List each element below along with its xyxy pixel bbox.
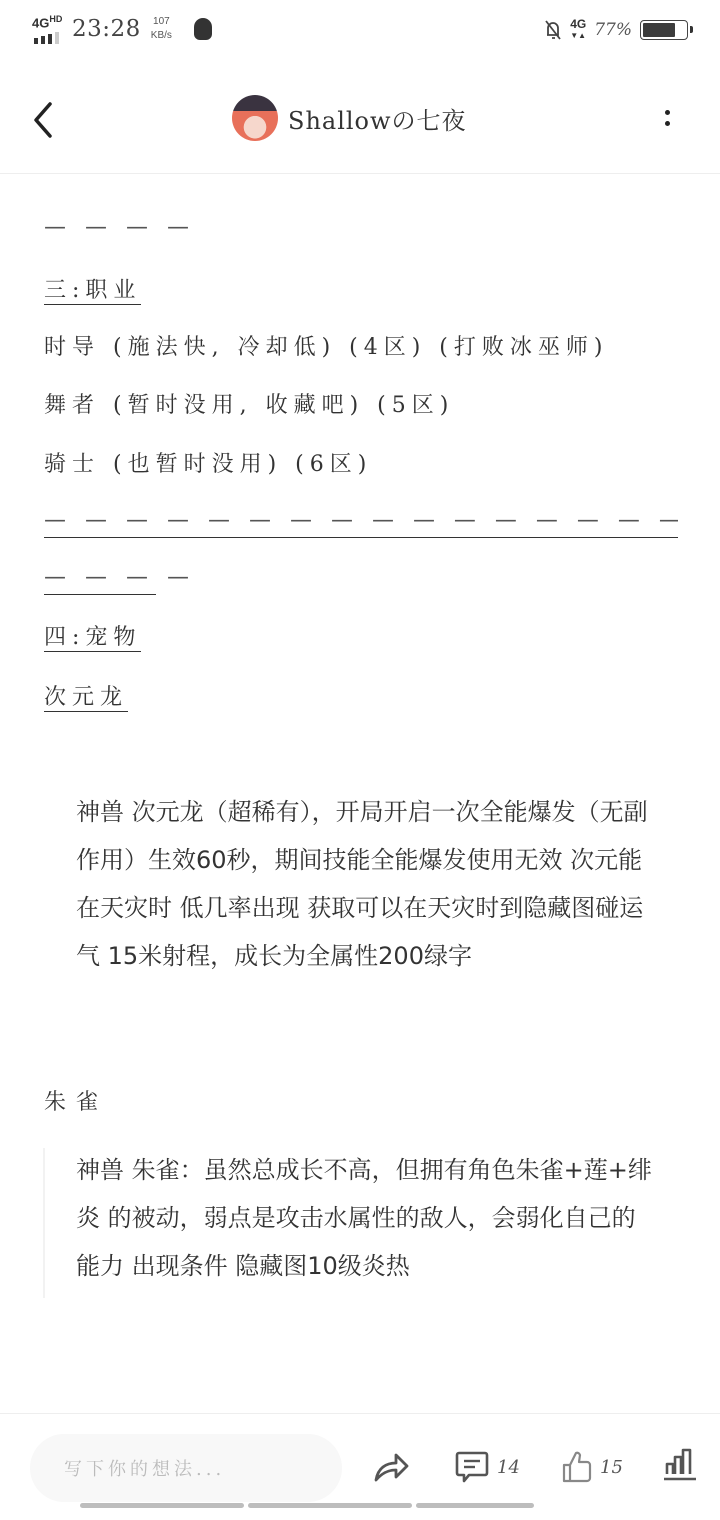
like-count: 15 — [600, 1457, 623, 1478]
section-title-pets: 四:宠物 — [44, 620, 141, 651]
job-item: 舞者 (暂时没用, 收藏吧) (5区) — [44, 388, 454, 419]
like-button[interactable]: 15 — [562, 1450, 623, 1484]
bar-chart-icon — [663, 1446, 697, 1482]
author-profile-link[interactable]: Shallowの七夜 — [232, 95, 467, 141]
comment-button[interactable]: 14 — [455, 1450, 520, 1484]
pet-name: 次元龙 — [44, 680, 128, 711]
vertical-ellipsis-icon[interactable] — [662, 106, 672, 136]
data-network-4g-icon: 4G▼▲ — [570, 18, 586, 42]
battery-percent: 77% — [594, 20, 632, 40]
job-item: 时导 (施法快, 冷却低) (4区) (打败冰巫师) — [44, 330, 608, 361]
network-speed: 107 KB/s — [151, 15, 172, 43]
divider-dashes: — — — — — [44, 565, 156, 595]
clock: 23:28 — [72, 16, 141, 42]
page-indicator — [80, 1503, 534, 1508]
comment-count: 14 — [497, 1457, 520, 1478]
stats-button[interactable] — [663, 1446, 697, 1482]
divider-dashes: — — — — — — — — — — — — — — — — — — — — … — [44, 508, 678, 538]
share-button[interactable] — [372, 1450, 410, 1484]
divider-dashes: — — — — — — — — — — — — — — — — — — — — … — [44, 175, 720, 184]
quote-border — [43, 1148, 45, 1298]
share-arrow-icon — [372, 1450, 410, 1484]
section-title-jobs: 三:职业 — [44, 273, 141, 304]
pet-name: 朱雀 — [44, 1085, 108, 1116]
battery-icon — [640, 20, 688, 40]
comment-bubble-icon — [455, 1450, 489, 1484]
status-bar: 4GHD 23:28 107 KB/s 4G▼▲ 77% — [0, 0, 720, 62]
thumbs-up-icon — [562, 1450, 592, 1484]
bell-off-icon — [544, 19, 562, 41]
author-name: Shallowの七夜 — [288, 101, 467, 136]
avatar[interactable] — [232, 95, 278, 141]
chevron-left-icon[interactable] — [28, 100, 58, 140]
pet-description-quote: 神兽 次元龙（超稀有），开局开启一次全能爆发（无副作用）生效60秒，期间技能全能… — [76, 788, 656, 980]
qq-penguin-icon — [194, 18, 212, 40]
comment-input[interactable]: 写下你的想法... — [30, 1434, 342, 1502]
divider-dashes: — — — — — [44, 215, 195, 240]
pet-description-quote: 神兽 朱雀：虽然总成长不高，但拥有角色朱雀+莲+绯炎 的被动，弱点是攻击水属性的… — [76, 1146, 656, 1290]
top-nav-bar: Shallowの七夜 — [0, 62, 720, 174]
signal-4g-hd-icon: 4GHD — [32, 14, 66, 44]
job-item: 骑士 (也暂时没用) (6区) — [44, 447, 372, 478]
article-content: — — — — — — — — — — — — — — — — — — — — … — [0, 175, 720, 1413]
